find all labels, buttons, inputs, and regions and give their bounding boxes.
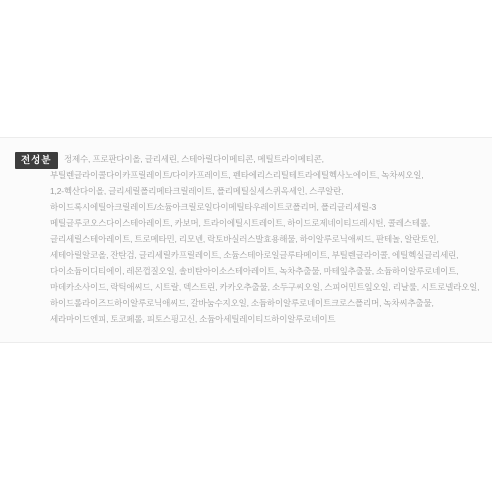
ingredient-line: 글리세릴스테아레이트, 트로메타민, 리모넨, 락토바실러스발효용해물, 하이알… bbox=[50, 231, 460, 247]
ingredients-text-block: 정제수, 프로판다이올, 글리세린, 스테아릴다이메티콘, 메틸트라이메티콘, … bbox=[50, 151, 460, 327]
ingredient-line: 마데카소사이드, 락틱애씨드, 시트랄, 덱스트린, 카카오추출물, 소두구씨오… bbox=[50, 279, 460, 295]
ingredient-line: 세라마이드엔피, 토코페롤, 피토스핑고신, 소듐아세틸레이티드하이알루로네이트 bbox=[50, 311, 460, 327]
ingredient-line: 메틸글루코오스다이스테아레이트, 카보머, 트라이에틸시트레이트, 하이드로제네… bbox=[50, 215, 460, 231]
ingredient-line: 부틸렌글라이콜다이카프릴레이트/다이카프레이트, 펜타에리스리틸테트라에틸헥사노… bbox=[50, 167, 460, 183]
ingredient-line: 1,2-헥산다이올, 글리세릴폴리메타크릴레이트, 폴리메틸실세스퀴옥세인, 스… bbox=[50, 183, 460, 199]
ingredient-line: 정제수, 프로판다이올, 글리세린, 스테아릴다이메티콘, 메틸트라이메티콘, bbox=[50, 151, 460, 167]
ingredient-line: 세테아릴알코올, 잔탄검, 글리세릴카프릴레이트, 소듐스테아로일글루타메이트,… bbox=[50, 247, 460, 263]
ingredient-line: 다이소듐이디티에이, 레몬껍질오일, 솔비탄아이소스테아레이트, 녹차추출물, … bbox=[50, 263, 460, 279]
ingredient-line: 하이드롤라이즈드하이알루로닉애씨드, 갈바눔수지오일, 소듐하이알루로네이트크로… bbox=[50, 295, 460, 311]
ingredient-line: 하이드록시에틸아크릴레이트/소듐아크릴로일다이메틸타우레이트코폴리머, 폴리글리… bbox=[50, 199, 460, 215]
ingredients-section: 전성분 정제수, 프로판다이올, 글리세린, 스테아릴다이메티콘, 메틸트라이메… bbox=[0, 137, 492, 343]
product-detail-page: 전성분 정제수, 프로판다이올, 글리세린, 스테아릴다이메티콘, 메틸트라이메… bbox=[0, 0, 492, 492]
